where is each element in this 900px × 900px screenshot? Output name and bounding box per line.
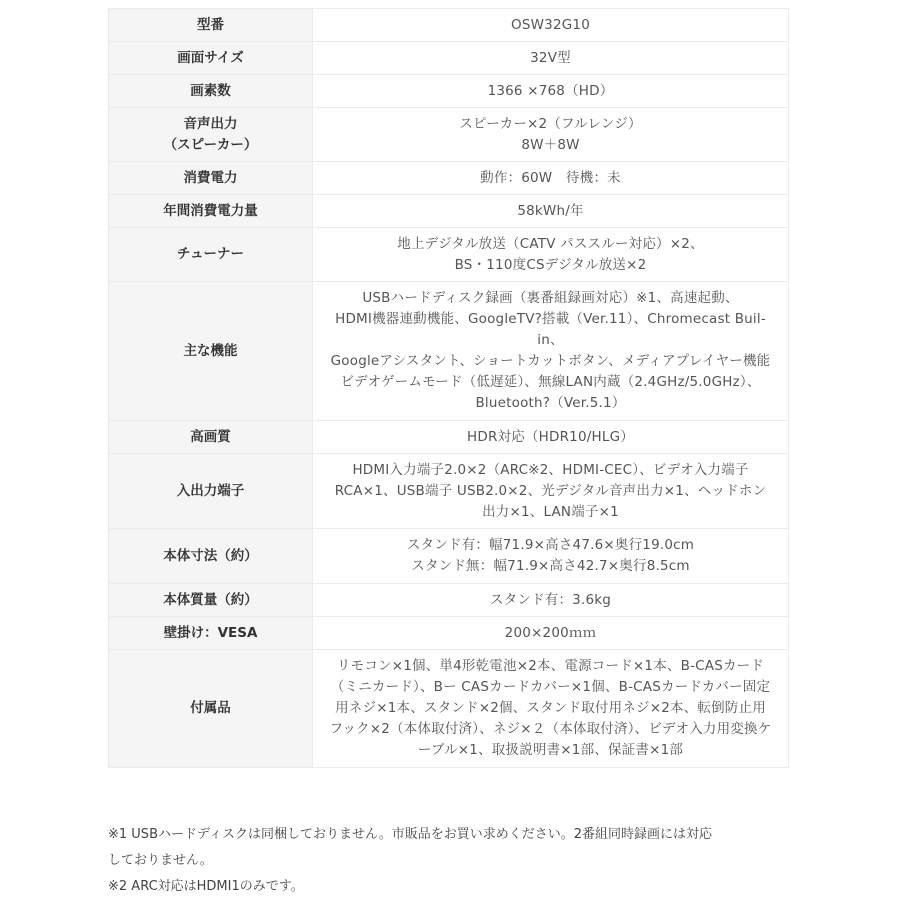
- spec-label-line: 付属品: [117, 698, 304, 719]
- spec-value: HDMI入力端子2.0×2（ARC※2、HDMI-CEC）、ビデオ入力端子RCA…: [313, 454, 789, 529]
- spec-row: 年間消費電力量58kWh/年: [109, 195, 789, 228]
- spec-row: 入出力端子HDMI入力端子2.0×2（ARC※2、HDMI-CEC）、ビデオ入力…: [109, 454, 789, 529]
- spec-label-line: 画素数: [117, 81, 304, 102]
- spec-value-line: （ミニカード）、Bー CASカードカバー×1個、B-CASカードカバー固定: [321, 677, 780, 698]
- spec-value: USBハードディスク録画（裏番組録画対応）※1、高速起動、HDMI機器連動機能、…: [313, 282, 789, 421]
- spec-value-line: 58kWh/年: [321, 201, 780, 222]
- spec-value: スタンド有：幅71.9×高さ47.6×奥行19.0cmスタンド無：幅71.9×高…: [313, 529, 789, 584]
- spec-value-line: OSW32G10: [321, 15, 780, 36]
- spec-label-line: 壁掛け：VESA: [117, 623, 304, 644]
- spec-label: 主な機能: [109, 282, 313, 421]
- spec-value-line: RCA×1、USB端子 USB2.0×2、光デジタル音声出力×1、ヘッドホン: [321, 481, 780, 502]
- spec-label-line: 入出力端子: [117, 481, 304, 502]
- spec-row: 壁掛け：VESA200×200ｍｍ: [109, 617, 789, 650]
- spec-value-line: ビデオゲームモード（低遅延）、無線LAN内蔵（2.4GHz/5.0GHz）、: [321, 372, 780, 393]
- spec-label: 消費電力: [109, 162, 313, 195]
- spec-label: チューナー: [109, 228, 313, 282]
- spec-value: リモコン×1個、単4形乾電池×2本、電源コード×1本、B-CASカード（ミニカー…: [313, 650, 789, 768]
- spec-value-line: ーブル×1、取扱説明書×1部、保証書×1部: [321, 740, 780, 761]
- spec-value: OSW32G10: [313, 9, 789, 42]
- footnote-1-line-2: しておりません。: [108, 848, 798, 874]
- spec-value: スタンド有：3.6kg: [313, 584, 789, 617]
- spec-label-line: 本体質量（約）: [117, 590, 304, 611]
- spec-value-line: BS・110度CSデジタル放送×2: [321, 255, 780, 276]
- spec-value-line: スタンド無：幅71.9×高さ42.7×奥行8.5cm: [321, 556, 780, 577]
- spec-label-line: 本体寸法（約）: [117, 546, 304, 567]
- spec-value-line: 用ネジ×1本、スタンド×2個、スタンド取付用ネジ×2本、転倒防止用: [321, 698, 780, 719]
- spec-value-line: 出力×1、LAN端子×1: [321, 502, 780, 523]
- spec-value: 58kWh/年: [313, 195, 789, 228]
- spec-value-line: in、: [321, 330, 780, 351]
- spec-row: 画面サイズ32V型: [109, 42, 789, 75]
- spec-label: 画素数: [109, 75, 313, 108]
- spec-value-line: HDMI入力端子2.0×2（ARC※2、HDMI-CEC）、ビデオ入力端子: [321, 460, 780, 481]
- spec-label-line: 画面サイズ: [117, 48, 304, 69]
- footnote-2: ※2 ARC対応はHDMI1のみです。: [108, 874, 798, 900]
- spec-value: 200×200ｍｍ: [313, 617, 789, 650]
- spec-row: 音声出力（スピーカー）スピーカー×2（フルレンジ）8W＋8W: [109, 108, 789, 162]
- spec-value-line: 8W＋8W: [321, 135, 780, 156]
- spec-row: 高画質HDR対応（HDR10/HLG）: [109, 421, 789, 454]
- spec-label: 本体寸法（約）: [109, 529, 313, 584]
- spec-label: 高画質: [109, 421, 313, 454]
- spec-value-line: USBハードディスク録画（裏番組録画対応）※1、高速起動、: [321, 288, 780, 309]
- spec-value: 1366 ×768（HD）: [313, 75, 789, 108]
- spec-value-line: HDMI機器連動機能、GoogleTV?搭載（Ver.11）、Chromecas…: [321, 309, 780, 330]
- footnote-1-line-1: ※1 USBハードディスクは同梱しておりません。市販品をお買い求めください。2番…: [108, 822, 798, 848]
- spec-value: スピーカー×2（フルレンジ）8W＋8W: [313, 108, 789, 162]
- spec-value-line: 1366 ×768（HD）: [321, 81, 780, 102]
- spec-value-line: スタンド有：幅71.9×高さ47.6×奥行19.0cm: [321, 535, 780, 556]
- spec-label-line: 高画質: [117, 427, 304, 448]
- spec-value-line: 動作：60W 待機：未: [321, 168, 780, 189]
- spec-value: HDR対応（HDR10/HLG）: [313, 421, 789, 454]
- footnotes: ※1 USBハードディスクは同梱しておりません。市販品をお買い求めください。2番…: [108, 822, 798, 900]
- spec-label: 入出力端子: [109, 454, 313, 529]
- spec-table-body: 型番OSW32G10画面サイズ32V型画素数1366 ×768（HD）音声出力（…: [109, 9, 789, 768]
- spec-value-line: リモコン×1個、単4形乾電池×2本、電源コード×1本、B-CASカード: [321, 656, 780, 677]
- spec-value-line: スピーカー×2（フルレンジ）: [321, 114, 780, 135]
- spec-value: 動作：60W 待機：未: [313, 162, 789, 195]
- spec-value-line: 地上デジタル放送（CATV パススルー対応）×2、: [321, 234, 780, 255]
- spec-value-line: HDR対応（HDR10/HLG）: [321, 427, 780, 448]
- spec-value-line: フック×2（本体取付済）、ネジ×２（本体取付済）、ビデオ入力用変換ケ: [321, 719, 780, 740]
- spec-label-line: 年間消費電力量: [117, 201, 304, 222]
- spec-row: 消費電力動作：60W 待機：未: [109, 162, 789, 195]
- spec-label-line: 消費電力: [117, 168, 304, 189]
- spec-row: 画素数1366 ×768（HD）: [109, 75, 789, 108]
- spec-label-line: チューナー: [117, 244, 304, 265]
- spec-row: 主な機能USBハードディスク録画（裏番組録画対応）※1、高速起動、HDMI機器連…: [109, 282, 789, 421]
- spec-label-line: （スピーカー）: [117, 135, 304, 156]
- spec-label: 付属品: [109, 650, 313, 768]
- spec-value-line: Googleアシスタント、ショートカットボタン、メディアプレイヤー機能: [321, 351, 780, 372]
- spec-row: 本体質量（約）スタンド有：3.6kg: [109, 584, 789, 617]
- spec-label: 本体質量（約）: [109, 584, 313, 617]
- spec-label: 型番: [109, 9, 313, 42]
- spec-row: 付属品リモコン×1個、単4形乾電池×2本、電源コード×1本、B-CASカード（ミ…: [109, 650, 789, 768]
- spec-row: 型番OSW32G10: [109, 9, 789, 42]
- spec-value-line: 200×200ｍｍ: [321, 623, 780, 644]
- spec-value: 32V型: [313, 42, 789, 75]
- spec-value: 地上デジタル放送（CATV パススルー対応）×2、BS・110度CSデジタル放送…: [313, 228, 789, 282]
- spec-label: 年間消費電力量: [109, 195, 313, 228]
- spec-label: 音声出力（スピーカー）: [109, 108, 313, 162]
- spec-value-line: スタンド有：3.6kg: [321, 590, 780, 611]
- spec-row: チューナー地上デジタル放送（CATV パススルー対応）×2、BS・110度CSデ…: [109, 228, 789, 282]
- spec-value-line: Bluetooth?（Ver.5.1）: [321, 393, 780, 414]
- spec-row: 本体寸法（約）スタンド有：幅71.9×高さ47.6×奥行19.0cmスタンド無：…: [109, 529, 789, 584]
- spec-label: 壁掛け：VESA: [109, 617, 313, 650]
- spec-table: 型番OSW32G10画面サイズ32V型画素数1366 ×768（HD）音声出力（…: [108, 8, 789, 768]
- spec-label-line: 音声出力: [117, 114, 304, 135]
- spec-label-line: 主な機能: [117, 341, 304, 362]
- spec-label-line: 型番: [117, 15, 304, 36]
- spec-value-line: 32V型: [321, 48, 780, 69]
- spec-label: 画面サイズ: [109, 42, 313, 75]
